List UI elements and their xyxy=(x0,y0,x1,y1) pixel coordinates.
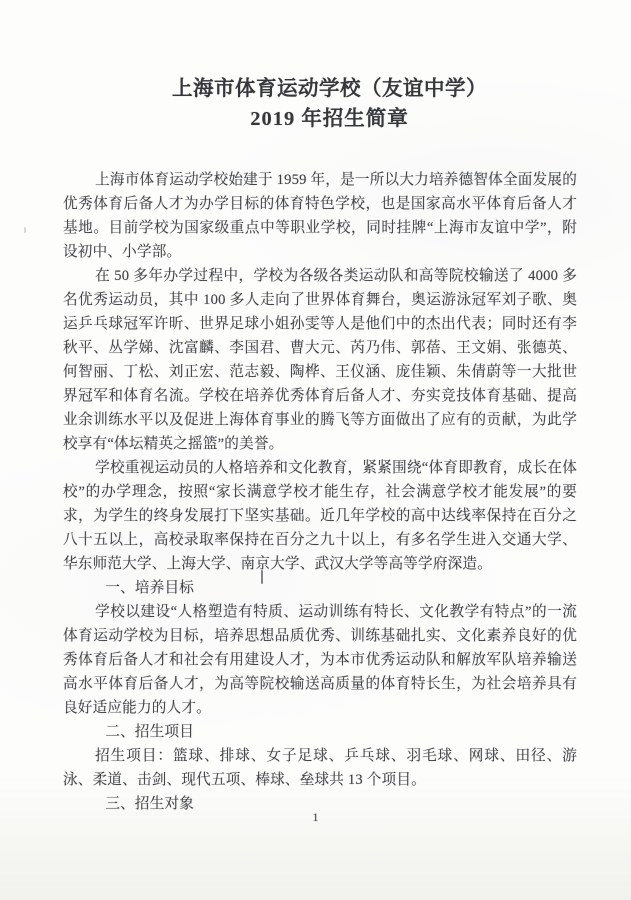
paragraph-education-philosophy: 学校重视运动员的人格培养和文化教育，紧紧围绕“体育即教育，成长在体校”的办学理念… xyxy=(63,456,577,576)
document-title-school-name: 上海市体育运动学校（友谊中学） xyxy=(14,74,631,104)
paragraph-training-goal: 学校以建设“人格塑造有特质、运动训练有特长、文化教学有特点”的一流体育运动学校为… xyxy=(63,600,577,720)
paragraph-school-history-athletes: 在 50 多年办学过程中，学校为各级各类运动队和高等院校输送了 4000 多名优… xyxy=(63,264,577,456)
page-number: 1 xyxy=(0,810,631,825)
section-heading-training-goal: 一、培养目标 xyxy=(63,576,577,600)
document-title-year-subject: 2019 年招生简章 xyxy=(14,104,631,134)
scanned-document-page: 上海市体育运动学校（友谊中学） 2019 年招生简章 上海市体育运动学校始建于 … xyxy=(0,0,631,900)
scan-artifact-speck xyxy=(24,227,26,233)
document-body: 上海市体育运动学校始建于 1959 年，是一所以大力培养德智体全面发展的优秀体育… xyxy=(63,168,577,816)
paragraph-enrollment-programs: 招生项目：篮球、排球、女子足球、乒乓球、羽毛球、网球、田径、游泳、柔道、击剑、现… xyxy=(63,744,577,792)
scan-artifact-tick xyxy=(261,570,263,584)
section-heading-enrollment-programs: 二、招生项目 xyxy=(63,720,577,744)
document-title-block: 上海市体育运动学校（友谊中学） 2019 年招生简章 xyxy=(14,0,631,134)
paragraph-school-intro: 上海市体育运动学校始建于 1959 年，是一所以大力培养德智体全面发展的优秀体育… xyxy=(63,168,577,264)
